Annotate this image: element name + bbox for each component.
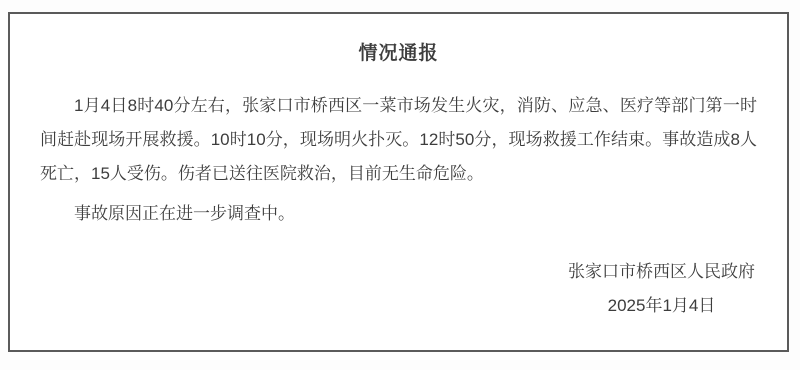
- issuing-authority: 张家口市桥西区人民政府: [568, 255, 755, 289]
- notice-title: 情况通报: [40, 38, 757, 65]
- signature-block: 张家口市桥西区人民政府 2025年1月4日: [568, 255, 755, 323]
- notice-paragraph-investigation: 事故原因正在进一步调查中。: [40, 197, 757, 231]
- issue-date: 2025年1月4日: [568, 289, 755, 323]
- notice-paragraph-incident: 1月4日8时40分左右，张家口市桥西区一菜市场发生火灾，消防、应急、医疗等部门第…: [40, 89, 757, 191]
- notice-document: 情况通报 1月4日8时40分左右，张家口市桥西区一菜市场发生火灾，消防、应急、医…: [8, 12, 789, 352]
